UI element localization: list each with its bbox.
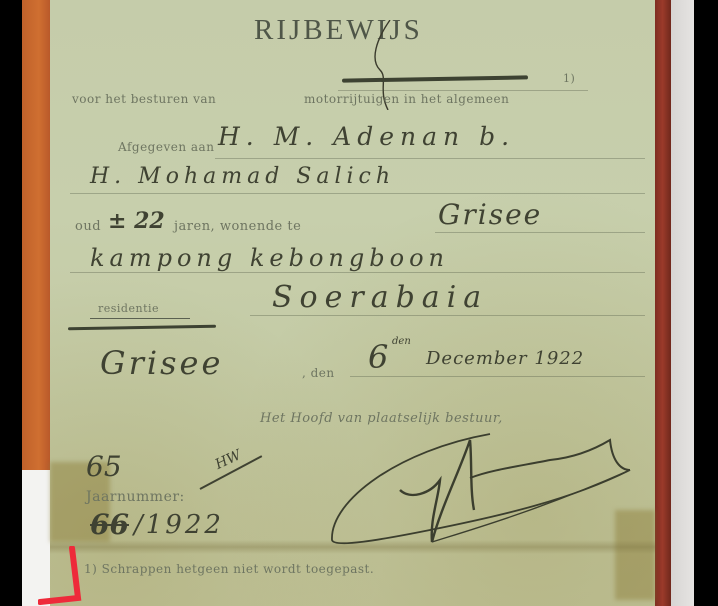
right-background xyxy=(671,0,694,606)
footnote-marker: 1) xyxy=(563,72,575,85)
holder-name-line2: H. Mohamad Salich xyxy=(90,164,395,189)
age-label: oud xyxy=(75,219,101,234)
struck-out-label xyxy=(68,325,216,331)
residence-city: Grisee xyxy=(438,198,542,231)
date-day-suffix: den xyxy=(392,336,411,347)
residence-address: kampong kebongboon xyxy=(90,244,449,272)
licence-page: RIJBEWIJS 1) voor het besturen van motor… xyxy=(50,0,655,606)
official-title: Het Hoofd van plaatselijk bestuur, xyxy=(260,411,503,426)
printed-label-purpose: voor het besturen van xyxy=(72,92,216,106)
residency-label: residentie xyxy=(98,302,159,315)
date-label: , den xyxy=(302,366,335,380)
red-corner-annotation xyxy=(38,546,90,606)
printed-vehicle-type: motorrijtuigen in het algemeen xyxy=(304,92,509,106)
holder-name-line1: H. M. Adenan b. xyxy=(218,122,515,151)
age-suffix-label: jaren, wonende te xyxy=(174,219,301,234)
number-value: 65 xyxy=(86,450,122,483)
number-label: Jaarnummer: xyxy=(86,489,185,505)
struck-number: 66 xyxy=(90,508,129,541)
residency-value: Soerabaia xyxy=(272,280,488,315)
official-signature xyxy=(320,430,650,550)
place-of-issue: Grisee xyxy=(100,344,223,382)
date-day: 6 xyxy=(368,338,388,376)
issued-to-label: Afgegeven aan xyxy=(118,140,214,154)
booklet-red-border xyxy=(654,0,671,606)
footnote-text: 1) Schrappen hetgeen niet wordt toegepas… xyxy=(84,562,374,576)
age-value: ± 22 xyxy=(108,208,165,234)
number-year: /1922 xyxy=(134,510,224,540)
date-month-year: December 1922 xyxy=(426,348,584,369)
